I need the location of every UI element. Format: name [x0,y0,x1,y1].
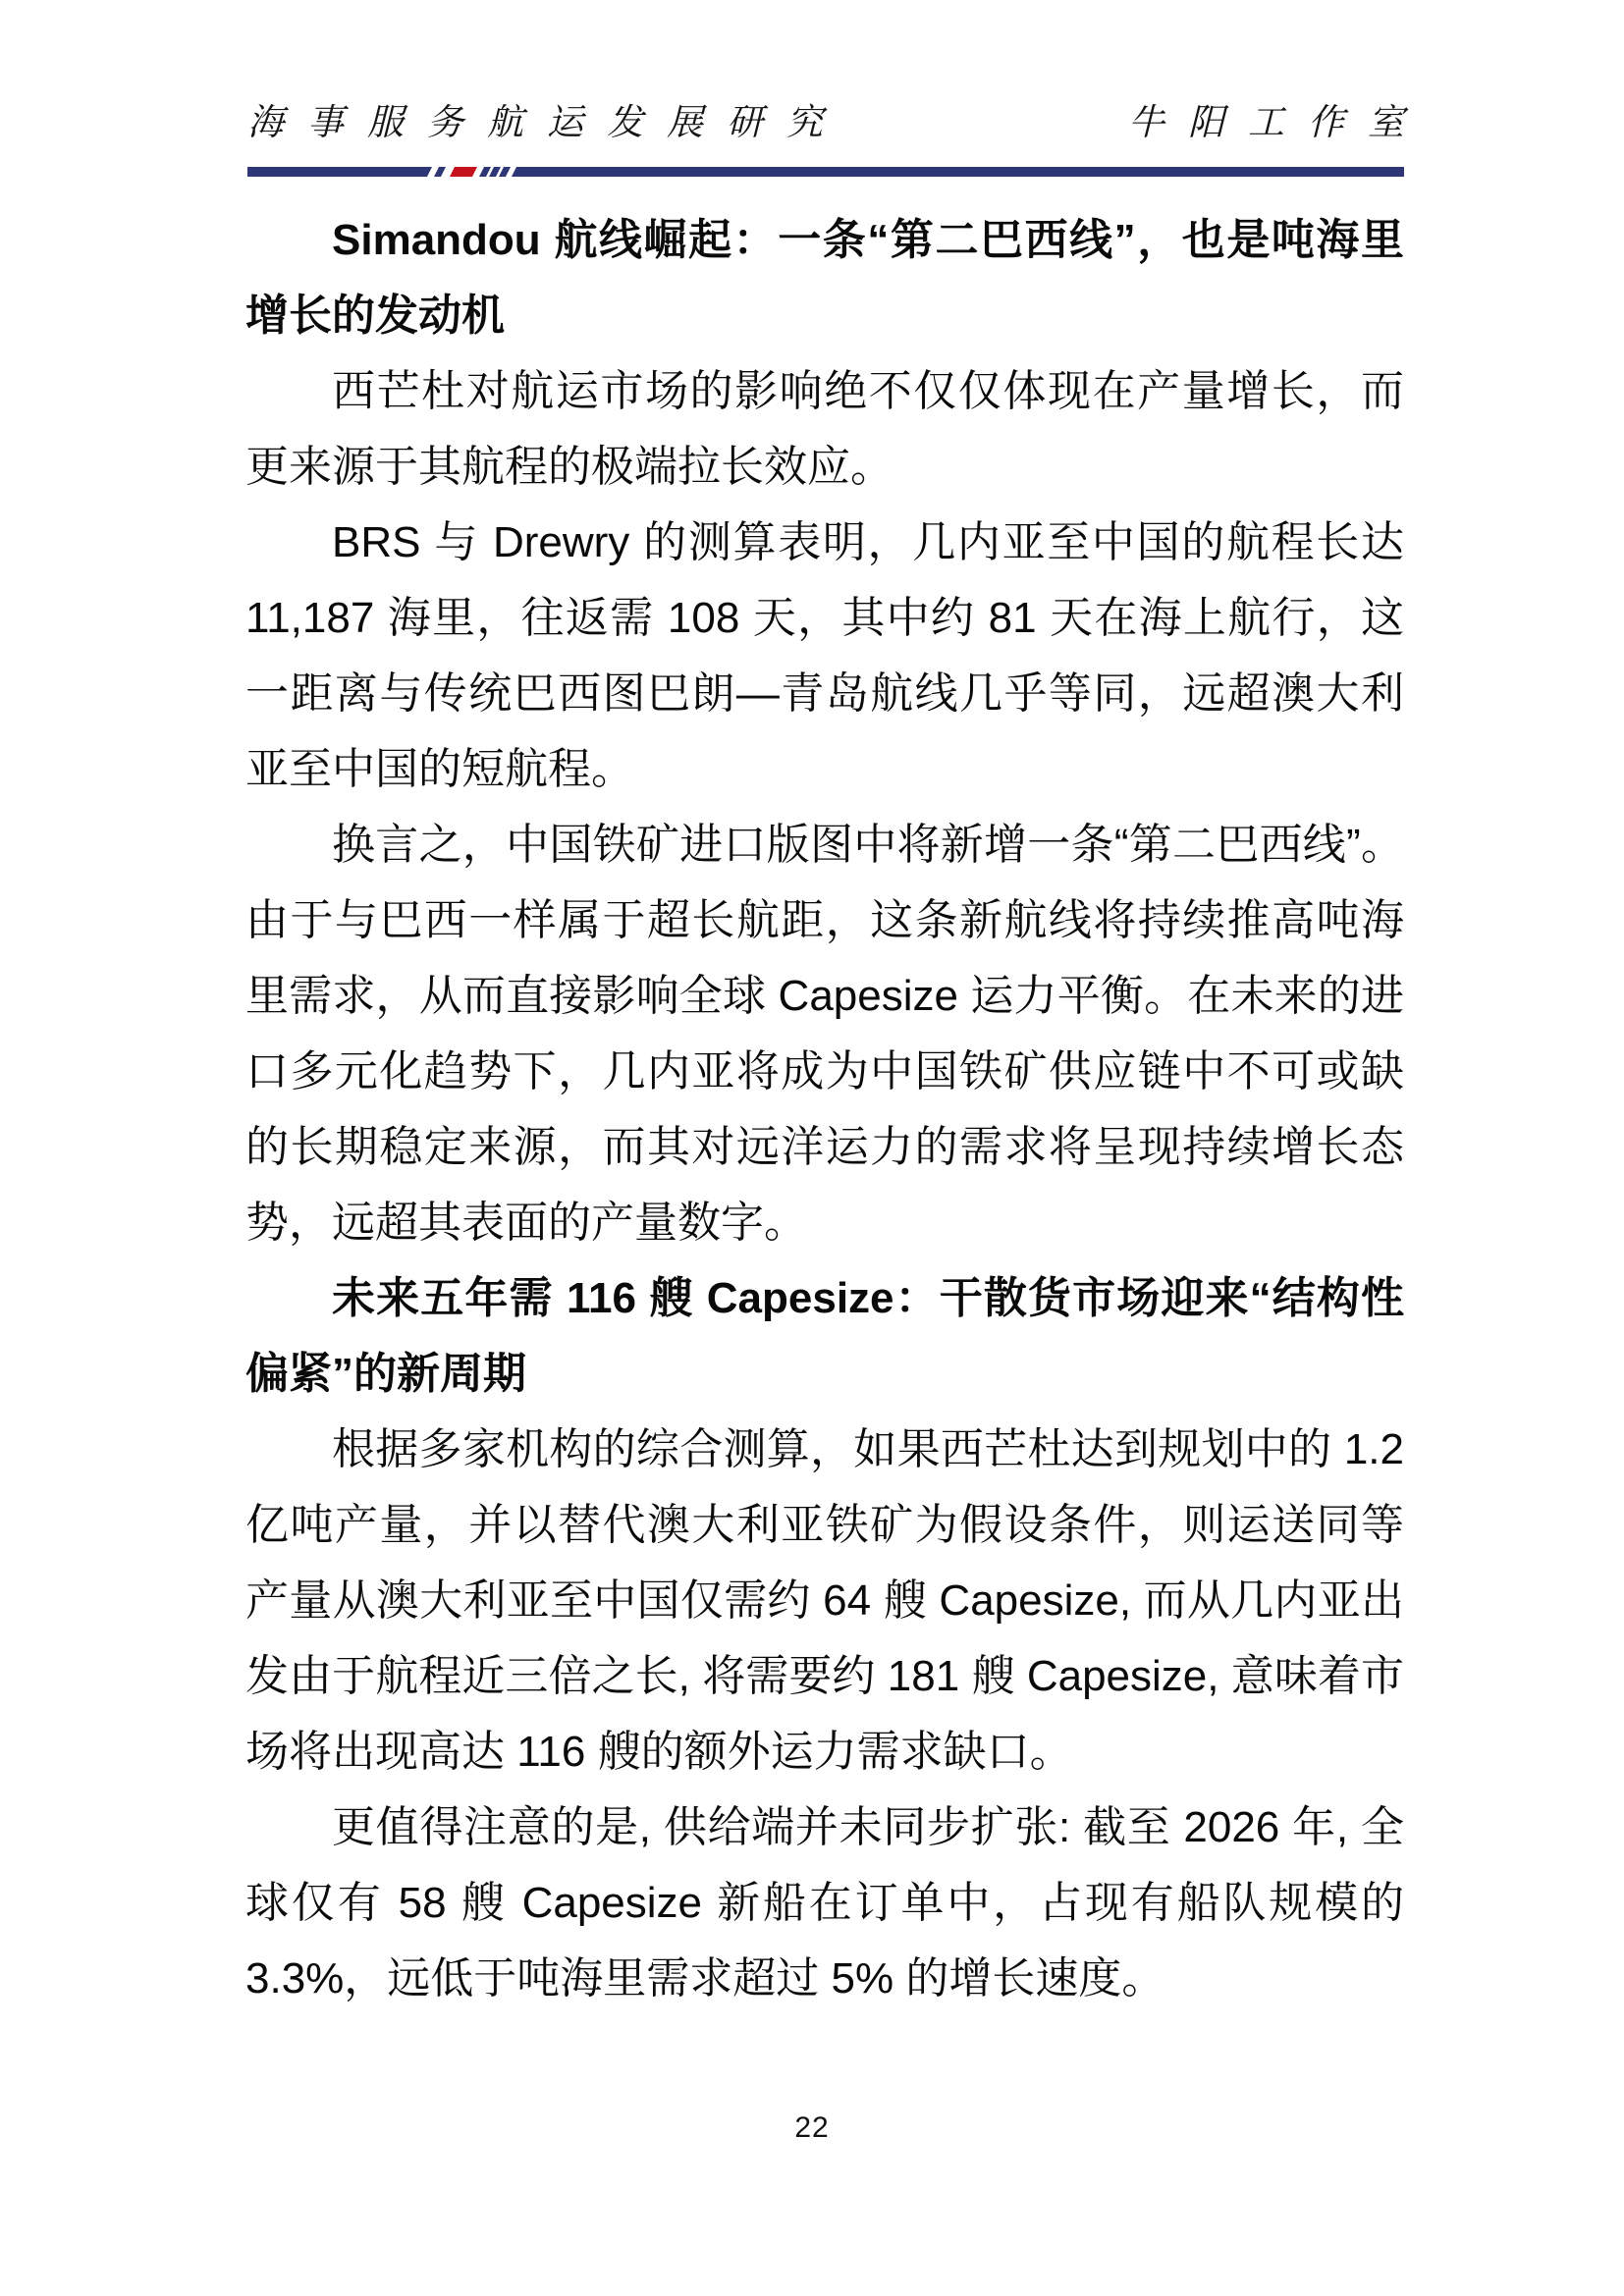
header-right-title: 牛阳工作室 [1128,100,1428,145]
paragraph-voyage-distance: BRS 与 Drewry 的测算表明，几内亚至中国的航程长达 11,187 海里… [245,505,1404,807]
document-page: 海事服务航运发展研究 牛阳工作室 Simandou 航线崛起：一条“第二巴西线”… [0,0,1624,2296]
header-divider-rule [247,167,1404,177]
paragraph-impact: 西芒杜对航运市场的影响绝不仅仅体现在产量增长，而更来源于其航程的极端拉长效应。 [245,353,1404,505]
page-footer: 22 [0,2109,1624,2148]
paragraph-supply-side: 更值得注意的是, 供给端并未同步扩张: 截至 2026 年, 全球仅有 58 艘… [245,1789,1404,2016]
paragraph-second-brazil-line: 换言之，中国铁矿进口版图中将新增一条“第二巴西线”。由于与巴西一样属于超长航距，… [245,807,1404,1260]
header-left-title: 海事服务航运发展研究 [247,100,846,145]
divider-graphic [247,167,1404,177]
section-heading-simandou-route: Simandou 航线崛起：一条“第二巴西线”，也是吨海里增长的发动机 [245,202,1404,353]
section-heading-capesize-demand: 未来五年需 116 艘 Capesize：干散货市场迎来“结构性偏紧”的新周期 [245,1260,1404,1412]
page-header: 海事服务航运发展研究 牛阳工作室 [247,100,1404,145]
page-number: 22 [794,2111,829,2144]
document-body: Simandou 航线崛起：一条“第二巴西线”，也是吨海里增长的发动机 西芒杜对… [245,202,1404,2016]
paragraph-capesize-calculation: 根据多家机构的综合测算，如果西芒杜达到规划中的 1.2 亿吨产量，并以替代澳大利… [245,1412,1404,1789]
